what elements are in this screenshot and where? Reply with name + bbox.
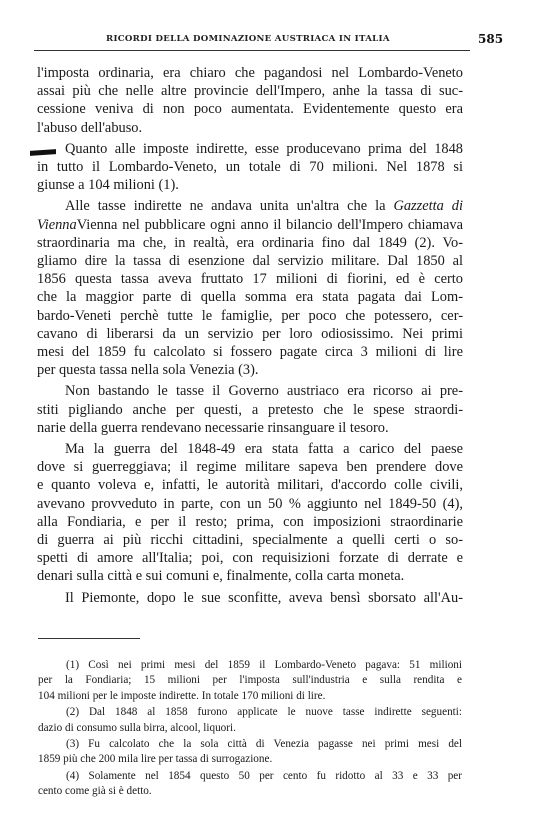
text-line: denari sulla città e sui comuni e, final… — [37, 567, 463, 585]
footnote-line: (3) Fu calcolato che la sola città di Ve… — [38, 737, 462, 752]
text-line: stiti pigliando anche per questi, a pret… — [37, 401, 463, 419]
text-line: mesi del 1859 fu calcolato si fossero pa… — [37, 343, 463, 361]
text-line: alla Fondiaria, e per il resto; prima, c… — [37, 513, 463, 531]
footnote-3: (3) Fu calcolato che la sola città di Ve… — [38, 737, 462, 768]
text-line: Ma la guerra del 1848-49 era stata fatta… — [37, 440, 463, 458]
text-line: 1856 questa tassa aveva fruttato 17 mili… — [37, 270, 463, 288]
text-line: che la maggior parte di quella somma era… — [37, 288, 463, 306]
text-line: straordinaria ma che, in realtà, era ord… — [37, 234, 463, 252]
text-line: in tutto il Lombardo-Veneto, un totale d… — [37, 158, 463, 176]
paragraph-5: Ma la guerra del 1848-49 era stata fatta… — [37, 440, 463, 586]
footnote-line: (2) Dal 1848 al 1858 furono applicate le… — [38, 705, 462, 720]
text-line: Il Piemonte, dopo le sue sconfitte, avev… — [37, 589, 463, 607]
paragraph-3: Alle tasse indirette ne andava unita un'… — [37, 197, 463, 379]
paragraph-6: Il Piemonte, dopo le sue sconfitte, avev… — [37, 589, 463, 607]
text-line: l'abuso dell'abuso. — [37, 119, 463, 137]
footnote-4: (4) Solamente nel 1854 questo 50 per cen… — [38, 769, 462, 800]
text-line: Non bastando le tasse il Governo austria… — [37, 382, 463, 400]
footnote-1: (1) Così nei primi mesi del 1859 il Lomb… — [38, 658, 462, 704]
paragraph-1: l'imposta ordinaria, era chiaro che paga… — [37, 64, 463, 137]
newspaper-title: Gazzetta di — [393, 198, 463, 214]
text-line: e quanto voleva e, infatti, le autorità … — [37, 476, 463, 494]
footnote-line: dazio di consumo sulla birra, alcool, li… — [38, 721, 462, 736]
footnote-line: per la Fondiaria; 15 milioni per l'impos… — [38, 673, 462, 688]
text-line: dove si guerreggiava; il regime militare… — [37, 458, 463, 476]
footnote-divider — [38, 638, 140, 639]
paragraph-4: Non bastando le tasse il Governo austria… — [37, 382, 463, 437]
text-line: per questa tassa nella sola Venezia (3). — [37, 361, 463, 379]
text-line: l'imposta ordinaria, era chiaro che paga… — [37, 64, 463, 82]
newspaper-title-cont: Vienna — [37, 217, 77, 233]
running-head: RICORDI DELLA DOMINAZIONE AUSTRIACA IN I… — [34, 28, 470, 51]
text-segment: Vienna nel pubblicare ogni anno il bilan… — [77, 217, 463, 233]
footnotes: (1) Così nei primi mesi del 1859 il Lomb… — [38, 658, 462, 801]
text-line: spetti di amore all'Italia; poi, con req… — [37, 549, 463, 567]
text-line: giunse a 104 milioni (1). — [37, 176, 463, 194]
footnote-2: (2) Dal 1848 al 1858 furono applicate le… — [38, 705, 462, 736]
footnote-line: 104 milioni per le imposte indirette. In… — [38, 689, 462, 704]
text-line: cavano di liberarsi da un servizio per l… — [37, 325, 463, 343]
text-line: bardo-Veneti perchè tutte le famiglie, p… — [37, 307, 463, 325]
footnote-line: (4) Solamente nel 1854 questo 50 per cen… — [38, 769, 462, 784]
text-line: avevano provveduto in parte, con un 50 %… — [37, 495, 463, 513]
text-line: di guerra ai più ricchi cittadini, speci… — [37, 531, 463, 549]
text-line: Quanto alle imposte indirette, esse prod… — [37, 140, 463, 158]
running-title: RICORDI DELLA DOMINAZIONE AUSTRIACA IN I… — [106, 34, 390, 44]
page-number: 585 — [478, 32, 503, 46]
text-line: gliamo dire la tassa di esenzione dal se… — [37, 252, 463, 270]
text-segment: Alle tasse indirette ne andava unita un'… — [65, 198, 393, 214]
book-page: RICORDI DELLA DOMINAZIONE AUSTRIACA IN I… — [0, 0, 550, 828]
text-line: Alle tasse indirette ne andava unita un'… — [37, 197, 463, 215]
text-line: narie della guerra rendevano necessarie … — [37, 419, 463, 437]
body-text: l'imposta ordinaria, era chiaro che paga… — [37, 64, 463, 610]
footnote-line: 1859 più che 200 mila lire per tassa di … — [38, 752, 462, 767]
footnote-line: (1) Così nei primi mesi del 1859 il Lomb… — [38, 658, 462, 673]
paragraph-2: Quanto alle imposte indirette, esse prod… — [37, 140, 463, 195]
text-line: ViennaVienna nel pubblicare ogni anno il… — [37, 216, 463, 234]
text-line: cessione veniva di non poco aumentata. E… — [37, 100, 463, 118]
text-line: assai più che nelle altre provincie dell… — [37, 82, 463, 100]
footnote-line: cento come già si è detto. — [38, 784, 462, 799]
